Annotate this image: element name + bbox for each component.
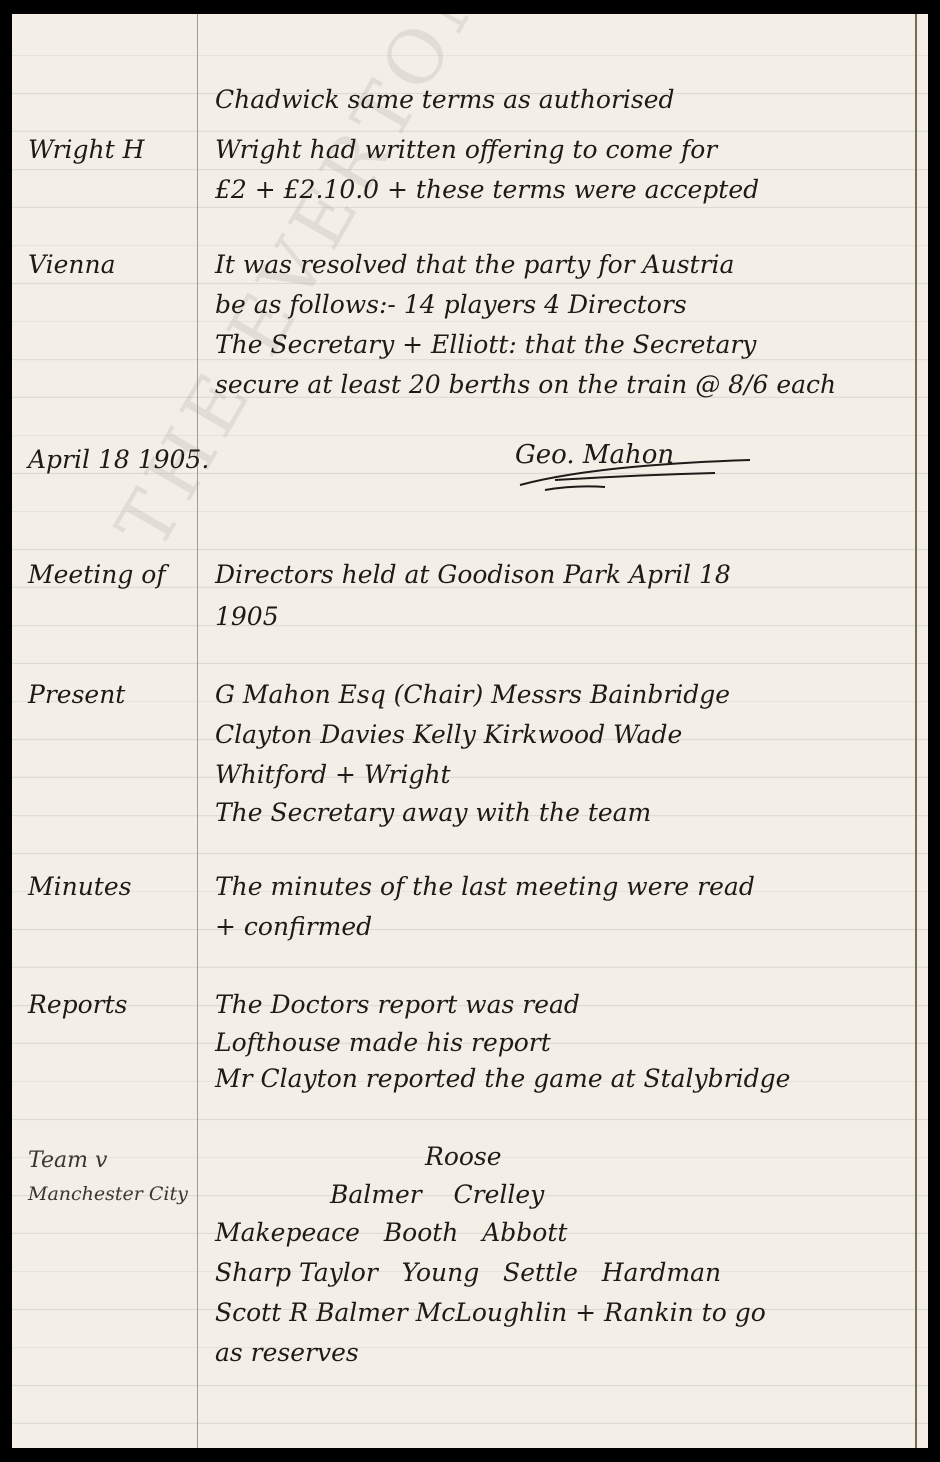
entry-line: be as follows:- 14 players 4 Directors [215,290,687,319]
entry-line: It was resolved that the party for Austr… [215,250,734,279]
margin-note-vienna: Vienna [28,250,193,279]
entry-line: Whitford + Wright [215,760,451,789]
page-spine [915,14,917,1448]
entry-line: Lofthouse made his report [215,1028,551,1057]
entry-line: £2 + £2.10.0 + these terms were accepted [215,175,759,204]
team-line: Makepeace Booth Abbott [215,1218,567,1247]
scan-border [928,0,940,1462]
entry-line: G Mahon Esq (Chair) Messrs Bainbridge [215,680,730,709]
margin-note-minutes: Minutes [28,872,193,901]
entry-line: + confirmed [215,912,372,941]
entry-line: The Doctors report was read [215,990,580,1019]
margin-note-reports: Reports [28,990,193,1019]
margin-note-team: Team v [28,1148,193,1173]
entry-line: Chadwick same terms as authorised [215,85,675,114]
team-line: as reserves [215,1338,359,1367]
entry-line: Directors held at Goodison Park April 18 [215,560,731,589]
team-line: Roose [425,1142,502,1171]
margin-note-opponent: Manchester City [28,1183,193,1205]
ledger-page: THE EVERTON COLLECTION CHARITABLE TRUST … [0,0,940,1462]
entry-line: The Secretary + Elliott: that the Secret… [215,330,756,359]
team-line: Scott R Balmer McLoughlin + Rankin to go [215,1298,766,1327]
scan-border [0,0,12,1462]
entry-line: The minutes of the last meeting were rea… [215,872,755,901]
entry-line: 1905 [215,602,279,631]
entry-line: Clayton Davies Kelly Kirkwood Wade [215,720,682,749]
entry-line: Wright had written offering to come for [215,135,717,164]
team-line: Balmer Crelley [330,1180,544,1209]
margin-note-present: Present [28,680,193,709]
margin-note-date: April 18 1905. [28,445,258,474]
scan-border [0,0,940,14]
margin-note-meeting: Meeting of [28,560,193,589]
margin-rule [197,14,198,1448]
entry-line: Mr Clayton reported the game at Stalybri… [215,1064,790,1093]
entry-line: secure at least 20 berths on the train @… [215,370,836,399]
scan-border [0,1448,940,1462]
signature-flourish [515,455,755,495]
team-line: Sharp Taylor Young Settle Hardman [215,1258,721,1287]
margin-note-wright: Wright H [28,135,193,164]
entry-line: The Secretary away with the team [215,798,651,827]
